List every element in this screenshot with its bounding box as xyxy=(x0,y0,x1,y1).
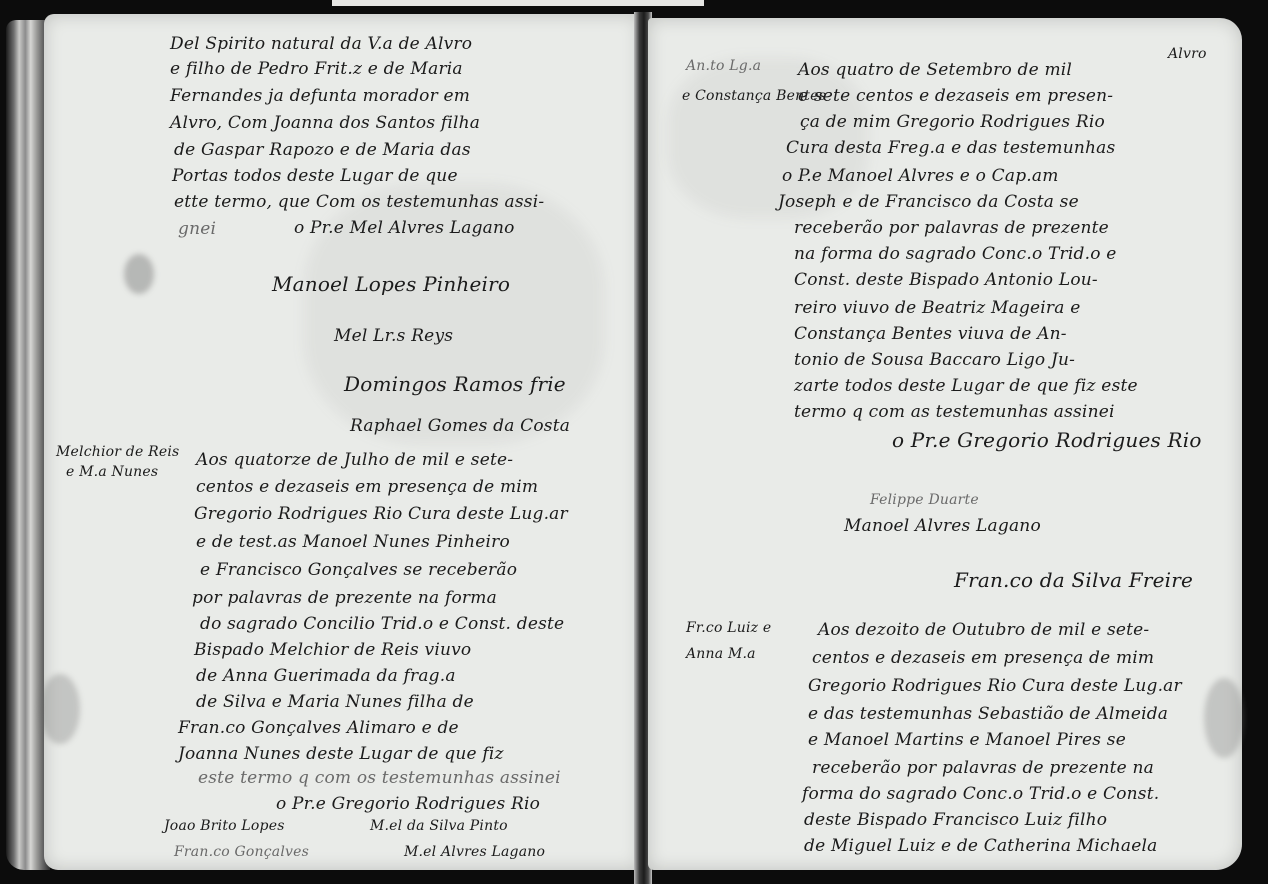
text-line: e sete centos e dezaseis em presen- xyxy=(798,86,1113,106)
text-line: do sagrado Concilio Trid.o e Const. dest… xyxy=(200,614,564,634)
margin-note: Fr.co Luiz e xyxy=(686,620,771,636)
witness-signature: M.el da Silva Pinto xyxy=(370,818,508,834)
text-line: Joseph e de Francisco da Costa se xyxy=(778,192,1079,212)
officiant-signature: o Pr.e Gregorio Rodrigues Rio xyxy=(276,794,540,814)
text-line: tonio de Sousa Baccaro Ligo Ju- xyxy=(794,350,1075,370)
right-page: Alvro An.to Lg.a e Constança Bentes Aos … xyxy=(648,18,1242,870)
text-line: ette termo, que Com os testemunhas assi- xyxy=(174,192,544,212)
text-line: centos e dezaseis em presença de mim xyxy=(812,648,1154,668)
witness-signature: Mel Lr.s Reys xyxy=(334,326,453,346)
text-line: ça de mim Gregorio Rodrigues Rio xyxy=(800,112,1105,132)
text-line: e das testemunhas Sebastião de Almeida xyxy=(808,704,1168,724)
text-line: Cura desta Freg.a e das testemunhas xyxy=(786,138,1115,158)
witness-signature: Manoel Lopes Pinheiro xyxy=(272,272,510,296)
text-line: deste Bispado Francisco Luiz filho xyxy=(804,810,1107,830)
text-line: Del Spirito natural da V.a de Alvro xyxy=(170,34,472,54)
text-line: o P.e Manoel Alvres e o Cap.am xyxy=(782,166,1059,186)
witness-signature: Domingos Ramos frie xyxy=(344,372,566,396)
witness-signature: Felippe Duarte xyxy=(870,492,979,508)
margin-note: Anna M.a xyxy=(686,646,756,662)
text-line: Bispado Melchior de Reis viuvo xyxy=(194,640,471,660)
text-line: de Gaspar Rapozo e de Maria das xyxy=(174,140,471,160)
text-line: e Francisco Gonçalves se receberão xyxy=(200,560,517,580)
text-line: Alvro, Com Joanna dos Santos filha xyxy=(170,113,480,133)
text-line: de Miguel Luiz e de Catherina Michaela xyxy=(804,836,1158,856)
text-line: gnei xyxy=(178,219,216,239)
text-line: zarte todos deste Lugar de que fiz este xyxy=(794,376,1138,396)
text-line: Joanna Nunes deste Lugar de que fiz xyxy=(178,744,504,764)
text-line: Aos quatro de Setembro de mil xyxy=(798,60,1072,80)
text-line: este termo q com os testemunhas assinei xyxy=(198,768,561,788)
text-line: Gregorio Rodrigues Rio Cura deste Lug.ar xyxy=(194,504,568,524)
text-line: Portas todos deste Lugar de que xyxy=(172,166,458,186)
witness-signature: Manoel Alvres Lagano xyxy=(844,516,1041,536)
folio-mark: Alvro xyxy=(1168,46,1207,62)
officiant-signature: o Pr.e Mel Alvres Lagano xyxy=(294,218,515,238)
witness-signature: Fran.co da Silva Freire xyxy=(954,568,1193,592)
text-line: de Silva e Maria Nunes filha de xyxy=(196,692,474,712)
text-line: Const. deste Bispado Antonio Lou- xyxy=(794,270,1098,290)
text-line: de Anna Guerimada da frag.a xyxy=(196,666,456,686)
text-line: e filho de Pedro Frit.z e de Maria xyxy=(170,59,463,79)
margin-note: Melchior de Reis xyxy=(56,444,179,460)
water-stain xyxy=(1204,678,1244,758)
left-page: Del Spirito natural da V.a de Alvro e fi… xyxy=(44,14,640,870)
text-line: centos e dezaseis em presença de mim xyxy=(196,477,538,497)
text-line: na forma do sagrado Conc.o Trid.o e xyxy=(794,244,1117,264)
ink-stain xyxy=(124,254,154,294)
text-line: Gregorio Rodrigues Rio Cura deste Lug.ar xyxy=(808,676,1182,696)
officiant-signature: o Pr.e Gregorio Rodrigues Rio xyxy=(892,428,1202,452)
text-line: termo q com as testemunhas assinei xyxy=(794,402,1115,422)
text-line: Aos dezoito de Outubro de mil e sete- xyxy=(818,620,1149,640)
text-line: forma do sagrado Conc.o Trid.o e Const. xyxy=(802,784,1159,804)
witness-signature: Fran.co Gonçalves xyxy=(174,844,309,860)
text-line: receberão por palavras de prezente na xyxy=(812,758,1154,778)
witness-signature: Joao Brito Lopes xyxy=(164,818,285,834)
margin-note: An.to Lg.a xyxy=(686,58,761,74)
text-line: por palavras de prezente na forma xyxy=(192,588,497,608)
margin-note: e M.a Nunes xyxy=(66,464,158,480)
text-line: e de test.as Manoel Nunes Pinheiro xyxy=(196,532,510,552)
text-line: Fran.co Gonçalves Alimaro e de xyxy=(178,718,459,738)
text-line: Fernandes ja defunta morador em xyxy=(170,86,470,106)
text-line: reiro viuvo de Beatriz Mageira e xyxy=(794,298,1080,318)
top-edge-strip xyxy=(332,0,704,6)
text-line: e Manoel Martins e Manoel Pires se xyxy=(808,730,1126,750)
text-line: Aos quatorze de Julho de mil e sete- xyxy=(196,450,513,470)
water-stain xyxy=(40,674,80,744)
text-line: receberão por palavras de prezente xyxy=(794,218,1109,238)
witness-signature: M.el Alvres Lagano xyxy=(404,844,545,860)
witness-signature: Raphael Gomes da Costa xyxy=(350,416,570,436)
text-line: Constança Bentes viuva de An- xyxy=(794,324,1067,344)
